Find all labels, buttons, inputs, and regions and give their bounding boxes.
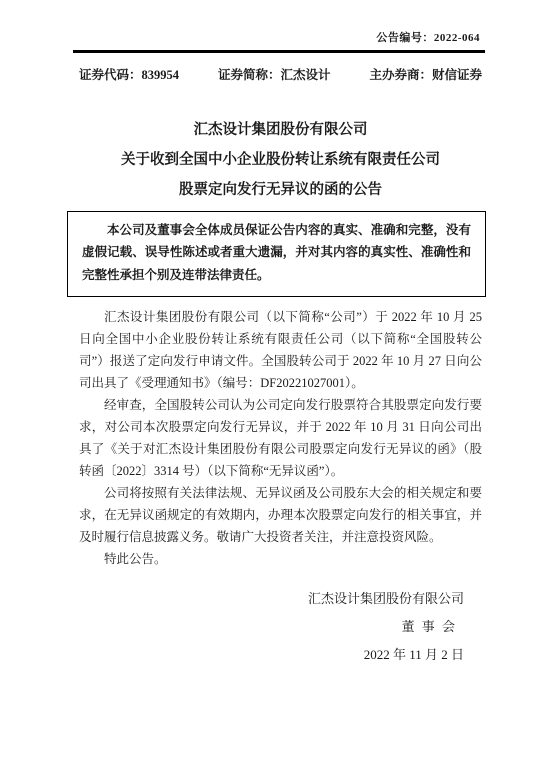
document-body: 汇杰设计集团股份有限公司（以下简称“公司”）于 2022 年 10 月 25 日… — [79, 306, 482, 570]
sponsor-broker-label: 主办券商： — [369, 68, 432, 82]
paragraph-2: 经审查，全国股转公司认为公司定向发行股票符合其股票定向发行要求，对公司本次股票定… — [79, 394, 482, 482]
declaration-text: 本公司及董事会全体成员保证公告内容的真实、准确和完整，没有虚假记载、误导性陈述或… — [82, 219, 471, 287]
stock-code-value: 839954 — [142, 68, 180, 82]
sponsor-broker: 主办券商：财信证券 — [369, 66, 482, 84]
title-line-2: 关于收到全国中小企业股份转让系统有限责任公司 — [79, 145, 482, 175]
title-line-1: 汇杰设计集团股份有限公司 — [79, 115, 482, 145]
stock-code-label: 证券代码： — [79, 68, 142, 82]
stock-code: 证券代码：839954 — [79, 66, 179, 84]
declaration-box: 本公司及董事会全体成员保证公告内容的真实、准确和完整，没有虚假记载、误导性陈述或… — [67, 211, 486, 298]
announcement-number: 公告编号：2022-064 — [79, 30, 482, 46]
securities-header-row: 证券代码：839954 证券简称：汇杰设计 主办券商：财信证券 — [79, 66, 482, 84]
header-rule — [73, 50, 485, 53]
signature-block: 汇杰设计集团股份有限公司 董 事 会 2022 年 11 月 2 日 — [79, 585, 482, 669]
paragraph-1: 汇杰设计集团股份有限公司（以下简称“公司”）于 2022 年 10 月 25 日… — [79, 306, 482, 394]
signature-company: 汇杰设计集团股份有限公司 — [79, 585, 464, 613]
document-title: 汇杰设计集团股份有限公司 关于收到全国中小企业股份转让系统有限责任公司 股票定向… — [79, 115, 482, 205]
paragraph-3: 公司将按照有关法律法规、无异议函及公司股东大会的相关规定和要求，在无异议函规定的… — [79, 482, 482, 548]
stock-abbr-label: 证券简称： — [218, 68, 281, 82]
title-line-3: 股票定向发行无异议的函的公告 — [79, 175, 482, 205]
closing-statement: 特此公告。 — [79, 548, 482, 570]
announcement-number-label: 公告编号： — [376, 32, 434, 44]
stock-abbr-value: 汇杰设计 — [280, 68, 330, 82]
signature-date: 2022 年 11 月 2 日 — [79, 641, 464, 669]
signature-board: 董 事 会 — [79, 613, 464, 641]
sponsor-broker-value: 财信证券 — [432, 68, 482, 82]
announcement-page: 公告编号：2022-064 证券代码：839954 证券简称：汇杰设计 主办券商… — [0, 0, 545, 771]
announcement-number-value: 2022-064 — [434, 32, 480, 44]
stock-abbr: 证券简称：汇杰设计 — [218, 66, 331, 84]
